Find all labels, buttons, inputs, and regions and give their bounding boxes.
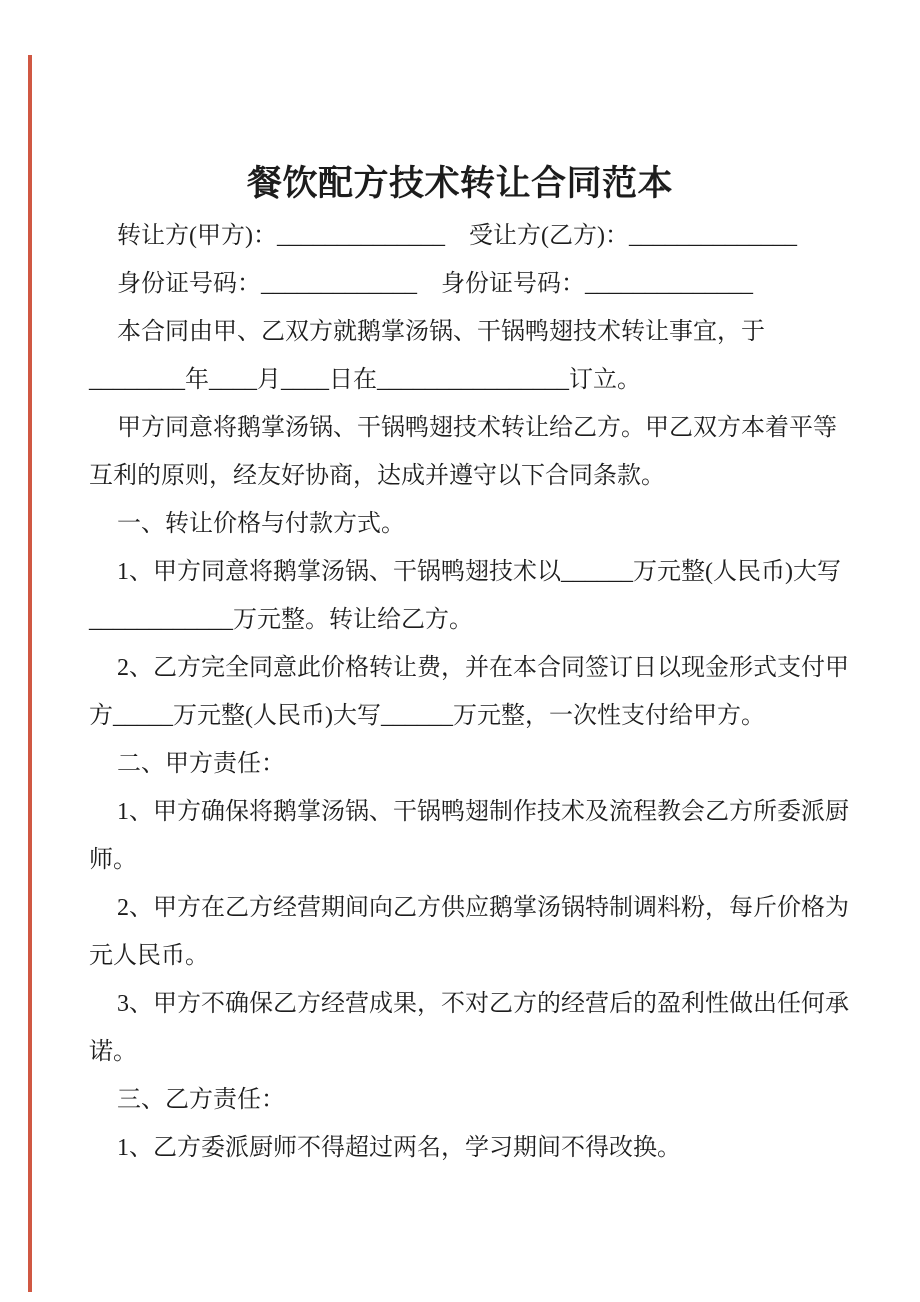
contract-line: 甲方同意将鹅掌汤锅、干锅鸭翅技术转让给乙方。甲乙双方本着平等 [89,404,849,452]
contract-line: 互利的原则，经友好协商，达成并遵守以下合同条款。 [89,452,849,500]
contract-line: 本合同由甲、乙双方就鹅掌汤锅、干锅鸭翅技术转让事宜，于 [89,308,849,356]
contract-document-page: 餐饮配方技术转让合同范本 转让方(甲方)：______________ 受让方(… [0,0,920,1302]
contract-line: 1、乙方委派厨师不得超过两名，学习期间不得改换。 [89,1124,849,1172]
contract-line: 元人民币。 [89,932,849,980]
contract-line: 3、甲方不确保乙方经营成果，不对乙方的经营后的盈利性做出任何承 [89,980,849,1028]
contract-line: 1、甲方同意将鹅掌汤锅、干锅鸭翅技术以______万元整(人民币)大写 [89,548,849,596]
contract-line: 二、甲方责任： [89,740,849,788]
contract-line: ____________万元整。转让给乙方。 [89,596,849,644]
contract-line: 一、转让价格与付款方式。 [89,500,849,548]
contract-line: 三、乙方责任： [89,1076,849,1124]
contract-line: 2、乙方完全同意此价格转让费，并在本合同签订日以现金形式支付甲 [89,644,849,692]
document-title: 餐饮配方技术转让合同范本 [0,158,920,210]
contract-line: 2、甲方在乙方经营期间向乙方供应鹅掌汤锅特制调料粉，每斤价格为 [89,884,849,932]
contract-line: 1、甲方确保将鹅掌汤锅、干锅鸭翅制作技术及流程教会乙方所委派厨 [89,788,849,836]
contract-line: 诺。 [89,1028,849,1076]
red-margin-line [28,55,32,1292]
contract-line: 方_____万元整(人民币)大写______万元整，一次性支付给甲方。 [89,692,849,740]
contract-line: 转让方(甲方)：______________ 受让方(乙方)：_________… [89,212,849,260]
document-body: 转让方(甲方)：______________ 受让方(乙方)：_________… [89,212,849,1172]
contract-line: 身份证号码：_____________ 身份证号码：______________ [89,260,849,308]
contract-line: 师。 [89,836,849,884]
contract-line: ________年____月____日在________________订立。 [89,356,849,404]
